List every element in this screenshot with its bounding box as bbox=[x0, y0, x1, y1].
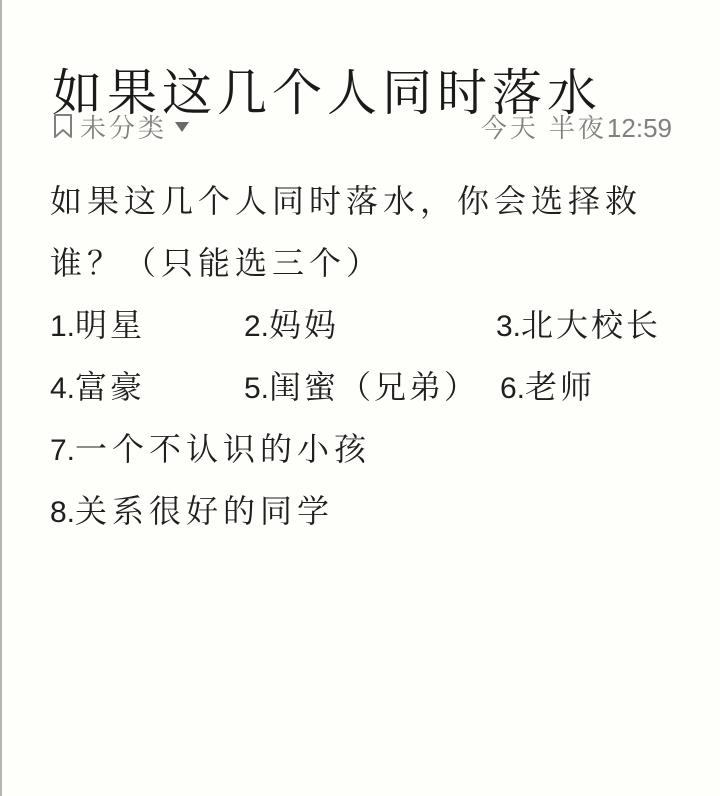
timestamp-period: 半夜 bbox=[549, 114, 607, 144]
option-item: 4.富豪 bbox=[50, 356, 145, 420]
note-body[interactable]: 如果这几个人同时落水，你会选择救谁？（只能选三个） 1.明星 2.妈妈 3.北大… bbox=[50, 170, 670, 542]
bookmark-icon bbox=[52, 113, 74, 139]
timestamp-day: 今天 bbox=[481, 108, 539, 145]
option-item: 2.妈妈 bbox=[244, 294, 339, 358]
option-item: 3.北大校长 bbox=[496, 294, 661, 358]
triangle-down-icon bbox=[175, 122, 189, 132]
note-editor: 如果这几个人同时落水 未分类 今天 半夜12:59 如果这几个人同时落水，你会选… bbox=[0, 0, 720, 796]
option-item: 7.一个不认识的小孩 bbox=[50, 418, 670, 480]
option-item: 1.明星 bbox=[50, 294, 145, 358]
category-label: 未分类 bbox=[80, 108, 167, 145]
options-row-2: 4.富豪 5.闺蜜（兄弟） 6.老师 bbox=[50, 356, 670, 418]
option-item: 8.关系很好的同学 bbox=[50, 480, 670, 542]
note-meta-row: 未分类 今天 半夜12:59 bbox=[52, 106, 672, 146]
option-item: 6.老师 bbox=[500, 356, 595, 420]
options-row-1: 1.明星 2.妈妈 3.北大校长 bbox=[50, 294, 670, 356]
question-text: 如果这几个人同时落水，你会选择救谁？（只能选三个） bbox=[50, 170, 670, 294]
note-timestamp: 今天 半夜12:59 bbox=[481, 108, 672, 145]
timestamp-time: 12:59 bbox=[607, 113, 672, 143]
category-selector[interactable]: 未分类 bbox=[52, 108, 189, 145]
option-item: 5.闺蜜（兄弟） bbox=[244, 356, 479, 420]
